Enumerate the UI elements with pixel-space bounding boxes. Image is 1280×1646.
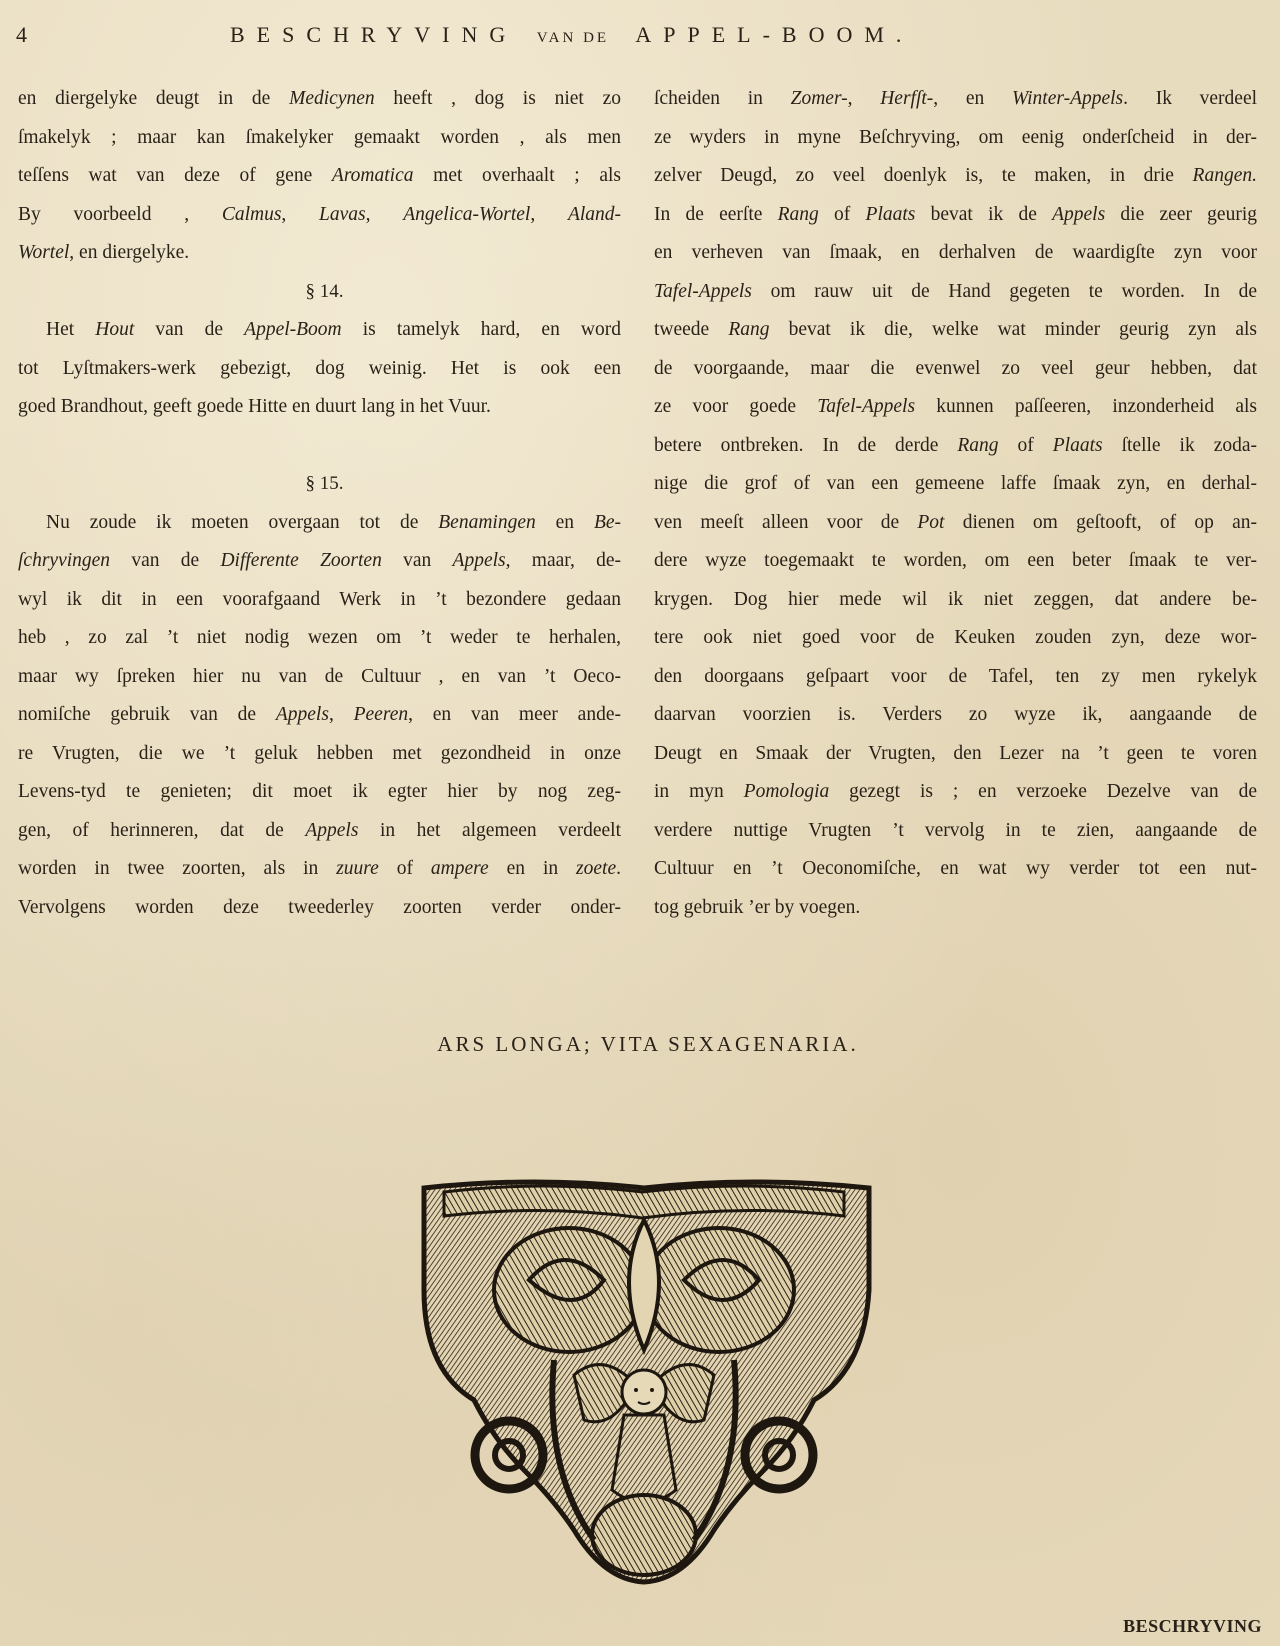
text-run: , en <box>933 88 1012 109</box>
text-run: kunnen paſſeeren, inzonderheid als <box>915 396 1257 417</box>
text-line: ven meeſt alleen voor de Pot dienen om g… <box>654 504 1257 543</box>
section-14-heading: § 14. <box>18 273 621 312</box>
text-run: Het <box>46 319 95 340</box>
text-line: ze voor goede Tafel-Appels kunnen paſſee… <box>654 388 1257 427</box>
text-run: maar wy ſpreken hier nu van de Cultuur ,… <box>18 666 621 687</box>
text-run: tweede <box>654 319 728 340</box>
text-run: en verheven van ſmaak, en derhalven de w… <box>654 242 1257 263</box>
paragraph-continued: en diergelyke deugt in de Medicynen heef… <box>18 80 621 273</box>
text-run: gezegt is ; en verzoeke Dezelve van de <box>829 781 1257 802</box>
text-run: ſmakelyk ; maar kan ſmakelyker gemaakt w… <box>18 127 621 148</box>
italic-term: Be- <box>594 512 621 533</box>
text-run: nomiſche gebruik van de <box>18 704 276 725</box>
italic-term: Peeren <box>354 704 409 725</box>
text-run: of <box>379 858 431 879</box>
text-run: van de <box>134 319 244 340</box>
italic-term: Appels <box>453 550 506 571</box>
book-page: 4 BESCHRYVING VAN DE APPEL-BOOM. en dier… <box>0 0 1280 1646</box>
text-run: Vervolgens worden deze tweederley zoorte… <box>18 897 621 918</box>
text-run: dienen om geſtooft, of op an- <box>944 512 1257 533</box>
text-line: zelver Deugd, zo veel doenlyk is, te mak… <box>654 157 1257 196</box>
text-line: de voorgaande, maar die evenwel zo veel … <box>654 350 1257 389</box>
paragraph-section-14: Het Hout van de Appel-Boom is tamelyk ha… <box>18 311 621 427</box>
text-run: gen, of herinneren, dat de <box>18 820 305 841</box>
text-run: verdere nuttige Vrugten ’t vervolg in te… <box>654 820 1257 841</box>
motto: ARS LONGA; VITA SEXAGENARIA. <box>0 1032 1280 1057</box>
text-run: tere ook niet goed voor de Keuken zouden… <box>654 627 1257 648</box>
italic-term: Appels <box>276 704 329 725</box>
italic-term: Zomer- <box>791 88 848 109</box>
text-run: , <box>848 88 881 109</box>
italic-term: Plaats <box>866 204 916 225</box>
left-column: en diergelyke deugt in de Medicynen heef… <box>18 80 621 927</box>
italic-term: Rang <box>957 435 998 456</box>
text-run: In de eerſte <box>654 204 778 225</box>
text-run: of <box>999 435 1053 456</box>
italic-term: Rang <box>778 204 819 225</box>
text-run: heeft , dog is niet zo <box>375 88 621 109</box>
italic-term: Calmus <box>222 204 282 225</box>
italic-term: Hout <box>95 319 134 340</box>
text-run: . Ik verdeel <box>1123 88 1257 109</box>
text-line: wyl ik dit in een voorafgaand Werk in ’t… <box>18 581 621 620</box>
italic-term: Tafel-Appels <box>817 396 915 417</box>
italic-term: zuure <box>336 858 379 879</box>
italic-term: ampere <box>431 858 489 879</box>
text-line: By voorbeeld , Calmus, Lavas, Angelica-W… <box>18 196 621 235</box>
text-run: Levens-tyd te genieten; dit moet ik egte… <box>18 781 621 802</box>
italic-term: Pot <box>917 512 944 533</box>
text-run: in myn <box>654 781 744 802</box>
text-run: is tamelyk hard, en word <box>342 319 621 340</box>
text-line: re Vrugten, die we ’t geluk hebben met g… <box>18 735 621 774</box>
text-run: van de <box>110 550 220 571</box>
text-line: tere ook niet goed voor de Keuken zouden… <box>654 619 1257 658</box>
text-line: ſmakelyk ; maar kan ſmakelyker gemaakt w… <box>18 119 621 158</box>
italic-term: Pomologia <box>744 781 830 802</box>
italic-term: Tafel-Appels <box>654 281 752 302</box>
text-run: By voorbeeld , <box>18 204 222 225</box>
text-line: Tafel-Appels om rauw uit de Hand gegeten… <box>654 273 1257 312</box>
text-run: de voorgaande, maar die evenwel zo veel … <box>654 358 1257 379</box>
woodcut-ornament-icon <box>414 1170 874 1590</box>
text-line: tot Lyſtmakers-werk gebezigt, dog weinig… <box>18 350 621 389</box>
text-run: tog gebruik ’er by voegen. <box>654 897 860 918</box>
italic-term: Differente Zoorten <box>220 550 381 571</box>
text-run: betere ontbreken. In de derde <box>654 435 957 456</box>
text-run: tot Lyſtmakers-werk gebezigt, dog weinig… <box>18 358 621 379</box>
text-run: en diergelyke deugt in de <box>18 88 289 109</box>
text-line: verdere nuttige Vrugten ’t vervolg in te… <box>654 812 1257 851</box>
text-run: , <box>366 204 404 225</box>
text-line: dere wyze toegemaakt te worden, om een b… <box>654 542 1257 581</box>
text-run: ze wyders in myne Beſchryving, om eenig … <box>654 127 1257 148</box>
running-title-part1: BESCHRYVING <box>230 22 517 47</box>
text-run: Cultuur en ’t Oeconomiſche, en wat wy ve… <box>654 858 1257 879</box>
spacer <box>18 427 621 466</box>
text-run: ſcheiden in <box>654 88 791 109</box>
text-run: Nu zoude ik moeten overgaan tot de <box>46 512 438 533</box>
text-line: goed Brandhout, geeft goede Hitte en duu… <box>18 388 621 427</box>
text-line: en diergelyke deugt in de Medicynen heef… <box>18 80 621 119</box>
catchword: BESCHRYVING <box>1123 1616 1262 1637</box>
text-run: zelver Deugd, zo veel doenlyk is, te mak… <box>654 165 1193 186</box>
text-run: , en van meer ande- <box>408 704 621 725</box>
text-run: wyl ik dit in een voorafgaand Werk in ’t… <box>18 589 621 610</box>
italic-term: Lavas <box>319 204 366 225</box>
text-run: ſtelle ik zoda- <box>1103 435 1257 456</box>
text-run: heb , zo zal ’t niet nodig wezen om ’t w… <box>18 627 621 648</box>
text-line: ſcheiden in Zomer-, Herfſt-, en Winter-A… <box>654 80 1257 119</box>
italic-term: Angelica-Wortel <box>403 204 530 225</box>
text-line: Het Hout van de Appel-Boom is tamelyk ha… <box>18 311 621 350</box>
text-run: , <box>530 204 568 225</box>
italic-term: zoete <box>576 858 616 879</box>
running-head: 4 BESCHRYVING VAN DE APPEL-BOOM. <box>16 18 1256 54</box>
italic-term: Herfſt- <box>880 88 933 109</box>
italic-term: Appel-Boom <box>244 319 341 340</box>
italic-term: Wortel <box>18 242 69 263</box>
italic-term: Benamingen <box>438 512 535 533</box>
text-run: bevat ik de <box>915 204 1052 225</box>
text-run: , <box>329 704 354 725</box>
text-run: dere wyze toegemaakt te worden, om een b… <box>654 550 1257 571</box>
italic-term: Plaats <box>1053 435 1103 456</box>
text-run: , en diergelyke. <box>69 242 189 263</box>
text-run: re Vrugten, die we ’t geluk hebben met g… <box>18 743 621 764</box>
italic-term: Rang <box>728 319 769 340</box>
right-column: ſcheiden in Zomer-, Herfſt-, en Winter-A… <box>654 80 1257 927</box>
text-line: tweede Rang bevat ik die, welke wat mind… <box>654 311 1257 350</box>
text-line: gen, of herinneren, dat de Appels in het… <box>18 812 621 851</box>
italic-term: Medicynen <box>289 88 375 109</box>
text-run: of <box>819 204 866 225</box>
text-line: Levens-tyd te genieten; dit moet ik egte… <box>18 773 621 812</box>
section-15-heading: § 15. <box>18 465 621 504</box>
text-run: , maar, de- <box>506 550 621 571</box>
italic-term: Appels <box>305 820 358 841</box>
text-line: nige die grof of van een gemeene laffe ſ… <box>654 465 1257 504</box>
text-line: ſchryvingen van de Differente Zoorten va… <box>18 542 621 581</box>
page-number: 4 <box>16 22 27 48</box>
text-run: nige die grof of van een gemeene laffe ſ… <box>654 473 1257 494</box>
italic-term: Rangen. <box>1193 165 1257 186</box>
text-run: . <box>616 858 621 879</box>
text-run: van <box>382 550 453 571</box>
text-line: en verheven van ſmaak, en derhalven de w… <box>654 234 1257 273</box>
text-line: tog gebruik ’er by voegen. <box>654 889 1257 928</box>
text-line: in myn Pomologia gezegt is ; en verzoeke… <box>654 773 1257 812</box>
paragraph-right: ſcheiden in Zomer-, Herfſt-, en Winter-A… <box>654 80 1257 927</box>
text-run: bevat ik die, welke wat minder geurig zy… <box>769 319 1257 340</box>
text-run: goed Brandhout, geeft goede Hitte en duu… <box>18 396 491 417</box>
text-line: nomiſche gebruik van de Appels, Peeren, … <box>18 696 621 735</box>
text-run: ze voor goede <box>654 396 817 417</box>
text-run: Deugt en Smaak der Vrugten, den Lezer na… <box>654 743 1257 764</box>
text-line: Nu zoude ik moeten overgaan tot de Benam… <box>18 504 621 543</box>
italic-term: ſchryvingen <box>18 550 110 571</box>
text-line: teſſens wat van deze of gene Aromatica m… <box>18 157 621 196</box>
text-run: den doorgaans geſpaart voor de Tafel, te… <box>654 666 1257 687</box>
text-line: Deugt en Smaak der Vrugten, den Lezer na… <box>654 735 1257 774</box>
text-run: om rauw uit de Hand gegeten te worden. I… <box>752 281 1257 302</box>
italic-term: Winter-Appels <box>1012 88 1123 109</box>
running-title-small: VAN DE <box>537 30 609 46</box>
text-run: worden in twee zoorten, als in <box>18 858 336 879</box>
text-run: daarvan voorzien is. Verders zo wyze ik,… <box>654 704 1257 725</box>
text-run: ven meeſt alleen voor de <box>654 512 917 533</box>
text-run: met overhaalt ; als <box>414 165 621 186</box>
text-line: Cultuur en ’t Oeconomiſche, en wat wy ve… <box>654 850 1257 889</box>
italic-term: Aland- <box>568 204 621 225</box>
text-line: worden in twee zoorten, als in zuure of … <box>18 850 621 889</box>
text-line: krygen. Dog hier mede wil ik niet zeggen… <box>654 581 1257 620</box>
paragraph-section-15: Nu zoude ik moeten overgaan tot de Benam… <box>18 504 621 928</box>
text-run: en <box>536 512 594 533</box>
text-run: , <box>281 204 319 225</box>
text-run: en in <box>489 858 576 879</box>
text-line: Vervolgens worden deze tweederley zoorte… <box>18 889 621 928</box>
text-line: maar wy ſpreken hier nu van de Cultuur ,… <box>18 658 621 697</box>
text-run: in het algemeen verdeelt <box>358 820 621 841</box>
text-run: teſſens wat van deze of gene <box>18 165 332 186</box>
text-line: den doorgaans geſpaart voor de Tafel, te… <box>654 658 1257 697</box>
text-line: betere ontbreken. In de derde Rang of Pl… <box>654 427 1257 466</box>
text-line: daarvan voorzien is. Verders zo wyze ik,… <box>654 696 1257 735</box>
running-title-part2: APPEL-BOOM. <box>635 22 913 47</box>
text-run: die zeer geurig <box>1105 204 1257 225</box>
italic-term: Aromatica <box>332 165 414 186</box>
text-line: In de eerſte Rang of Plaats bevat ik de … <box>654 196 1257 235</box>
text-line: Wortel, en diergelyke. <box>18 234 621 273</box>
text-line: ze wyders in myne Beſchryving, om eenig … <box>654 119 1257 158</box>
running-title: BESCHRYVING VAN DE APPEL-BOOM. <box>230 22 913 48</box>
text-line: heb , zo zal ’t niet nodig wezen om ’t w… <box>18 619 621 658</box>
italic-term: Appels <box>1052 204 1105 225</box>
text-run: krygen. Dog hier mede wil ik niet zeggen… <box>654 589 1257 610</box>
